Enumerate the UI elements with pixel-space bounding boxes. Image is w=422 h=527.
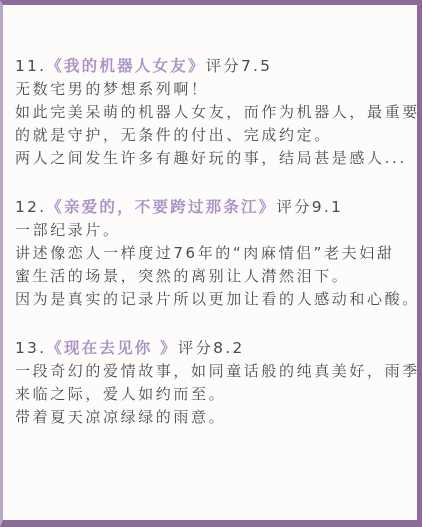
description-line: 一段奇幻的爱情故事，如同童话般的纯真美好，雨季 <box>15 360 407 383</box>
description-line: 来临之际，爱人如约而至。 <box>15 383 407 406</box>
movie-description: 无数宅男的梦想系列啊！ 如此完美呆萌的机器人女友，而作为机器人，最重要 的就是守… <box>15 78 407 170</box>
movie-title-line: 11.《我的机器人女友》评分7.5 <box>15 55 407 78</box>
description-line: 无数宅男的梦想系列啊！ <box>15 78 407 101</box>
movie-number: 12. <box>15 198 46 216</box>
movie-item-12: 12.《亲爱的，不要跨过那条江》评分9.1 一部纪录片。 讲述像恋人一样度过76… <box>15 196 407 311</box>
description-line: 蜜生活的场景，突然的离别让人潸然泪下。 <box>15 265 407 288</box>
movie-title-line: 12.《亲爱的，不要跨过那条江》评分9.1 <box>15 196 407 219</box>
movie-title: 《我的机器人女友》 <box>46 57 205 75</box>
movie-item-11: 11.《我的机器人女友》评分7.5 无数宅男的梦想系列啊！ 如此完美呆萌的机器人… <box>15 55 407 170</box>
description-line: 的就是守护，无条件的付出、完成约定。 <box>15 124 407 147</box>
movie-number: 13. <box>15 339 46 357</box>
description-line: 讲述像恋人一样度过76年的“肉麻情侣”老夫妇甜 <box>15 242 407 265</box>
movie-title-line: 13.《现在去见你 》评分8.2 <box>15 337 407 360</box>
description-line: 一部纪录片。 <box>15 219 407 242</box>
description-line: 因为是真实的记录片所以更加让看的人感动和心酸。 <box>15 288 407 311</box>
movie-list-card: 11.《我的机器人女友》评分7.5 无数宅男的梦想系列啊！ 如此完美呆萌的机器人… <box>0 0 422 527</box>
movie-title: 《现在去见你 》 <box>46 339 178 357</box>
movie-rating: 评分7.5 <box>206 57 273 75</box>
description-line: 如此完美呆萌的机器人女友，而作为机器人，最重要 <box>15 101 407 124</box>
movie-number: 11. <box>15 57 46 75</box>
movie-item-13: 13.《现在去见你 》评分8.2 一段奇幻的爱情故事，如同童话般的纯真美好，雨季… <box>15 337 407 429</box>
movie-title: 《亲爱的，不要跨过那条江》 <box>46 198 276 216</box>
movie-description: 一段奇幻的爱情故事，如同童话般的纯真美好，雨季 来临之际，爱人如约而至。 带着夏… <box>15 360 407 429</box>
description-line: 两人之间发生许多有趣好玩的事，结局甚是感人... <box>15 147 407 170</box>
movie-rating: 评分9.1 <box>276 198 343 216</box>
movie-description: 一部纪录片。 讲述像恋人一样度过76年的“肉麻情侣”老夫妇甜 蜜生活的场景，突然… <box>15 219 407 311</box>
description-line: 带着夏天凉凉绿绿的雨意。 <box>15 406 407 429</box>
movie-rating: 评分8.2 <box>178 339 245 357</box>
